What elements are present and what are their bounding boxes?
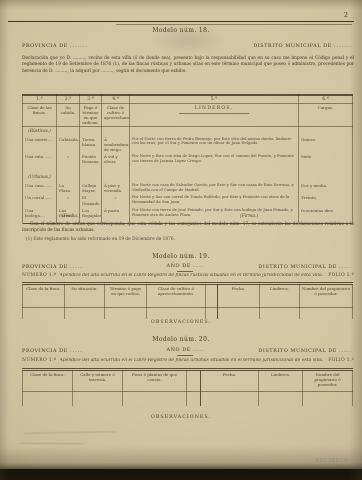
- cell-linderos: Por el Norte con tierra de Pedro Bermejo…: [130, 136, 299, 154]
- m19-provincia: PROVINCIA DE .....: [22, 264, 83, 270]
- col-ordinal: 2.ª: [57, 95, 80, 104]
- col-header-linderos: Linderos.: [259, 370, 303, 392]
- cell-cabida: La Plaza.: [57, 182, 80, 194]
- ano-underdash: [177, 355, 193, 356]
- cell-pago: Los Regajales.: [80, 207, 102, 219]
- cell-clase: Una casa.......: [23, 182, 57, 194]
- m19-distrito-value: .....: [339, 264, 352, 270]
- scan-watermark: B2C36B09: [315, 458, 348, 464]
- m20-numero-prefix: NÚMERO 1.º: [22, 358, 57, 363]
- m19-provincia-value: .....: [70, 264, 83, 270]
- cell-linderos: Por Norte con casa de Salvador García; p…: [130, 182, 299, 194]
- col-header-calle: Calle y número ó travesía.: [73, 370, 123, 392]
- cell-cabida: »: [57, 153, 80, 168]
- col-header-clase: Clase de las fincas.: [23, 104, 57, 127]
- cell-cultivo: Á vid y olivar.: [102, 153, 130, 168]
- m18-distrito-label: DISTRITO MUNICIPAL DE: [253, 43, 332, 49]
- col-header-fecha: Fecha.: [201, 370, 259, 392]
- m19-provincia-label: PROVINCIA DE: [22, 264, 68, 270]
- cell-clase: Una suerte.....: [23, 136, 57, 154]
- cell-cargas: Siete.: [299, 153, 353, 168]
- m19-distrito: DISTRITO MUNICIPAL DE .....: [258, 264, 352, 270]
- cell-clase: Un corral......: [23, 194, 57, 206]
- empty-row: [23, 392, 353, 406]
- cell-linderos: Por Norte y Este con viña de Diego Lopez…: [130, 153, 299, 168]
- pencil-smudge: [20, 443, 84, 445]
- col-ordinal: 4.ª: [102, 95, 130, 104]
- m20-provincia-value: .....: [70, 348, 83, 354]
- cell-cabida: Cahizada.: [57, 136, 80, 154]
- col-header-pisos: Pisos ó plantas de que consta.: [123, 370, 187, 392]
- scanned-document-page: 2 Modelo núm. 18. PROVINCIA DE ....... D…: [0, 0, 362, 480]
- col-header-fecha: Fecha.: [218, 284, 260, 308]
- table-row: Una viña....... » Fuente Romana. Á vid y…: [23, 153, 353, 168]
- m20-distrito-label: DISTRITO MUNICIPAL DE: [258, 348, 337, 354]
- ano-underdash: [177, 271, 193, 272]
- m19-distrito-label: DISTRITO MUNICIPAL DE: [258, 264, 337, 270]
- m19-numero-prefix: NÚMERO 1.º: [22, 273, 57, 278]
- m19-numero-text: Apéndice del alta ocurrida en el Libro-R…: [60, 273, 325, 278]
- m20-numero-text: Apéndice del alta ocurrida en el Libro-R…: [60, 358, 325, 363]
- m19-numero-line: NÚMERO 1.º Apéndice del alta ocurrida en…: [22, 273, 354, 278]
- cell-pago: Calleja Mayor.: [80, 182, 102, 194]
- m19-ano: AÑO DE .....: [150, 263, 220, 272]
- col-header-cultivo: Clase de cultivo ó aprovechamiento.: [102, 104, 130, 127]
- m18-distrito: DISTRITO MUNICIPAL DE .......: [253, 43, 352, 49]
- cell-cultivo: »: [102, 194, 130, 206]
- top-rule: [8, 21, 354, 22]
- m19-registro-table: Clase de la finca. Su situación. Término…: [22, 282, 353, 319]
- col-header-cultivo: Clase de cultivo ó aprovechamiento.: [147, 284, 206, 308]
- cell-cultivo: Á pasto.: [102, 207, 130, 219]
- section-label-urbanas: (Urbanas.): [23, 173, 57, 182]
- m20-registro-table: Clase de la finca. Calle y número ó trav…: [22, 368, 353, 406]
- m18-footnote: (1) Este reglamento ha sido reformado en…: [26, 237, 175, 242]
- cell-linderos: Por Norte con tierra de José Peinado; po…: [130, 207, 299, 219]
- cell-pago: Tierra blanca.: [80, 136, 102, 154]
- col-ordinal: 3.ª: [80, 95, 102, 104]
- table-row: Una suerte..... Cahizada. Tierra blanca.…: [23, 136, 353, 154]
- col-header-nombre: Nombre del propietario ó poseedor.: [303, 370, 353, 392]
- col-ordinal: 6.ª: [299, 95, 353, 104]
- cell-cabida: »: [57, 194, 80, 206]
- model20-title: Modelo núm. 20.: [0, 336, 362, 343]
- page-number: 2: [344, 11, 348, 19]
- m20-distrito: DISTRITO MUNICIPAL DE .....: [258, 348, 352, 354]
- col-header-linderos: LINDEROS.: [130, 104, 299, 127]
- section-label-rusticas: (Rústicas.): [23, 127, 57, 136]
- m20-folio: FOLIO 1.º: [328, 358, 354, 363]
- col-header-clase: Clase de la finca.: [23, 284, 65, 308]
- col-header-cargas: Cargas.: [299, 104, 353, 127]
- cell-linderos: Por Norte y Sur con corral de Tomás Robl…: [130, 194, 299, 206]
- empty-row: [23, 308, 353, 319]
- m20-numero-line: NÚMERO 1.º Apéndice del alta ocurrida en…: [22, 358, 354, 363]
- cell-cultivo: Á sembradura de riego.: [102, 136, 130, 154]
- col-header-clase: Clase de la finca.: [23, 370, 73, 392]
- m18-declaration-paragraph: Declaración que yo D. ........., vecino …: [22, 56, 354, 75]
- col-header-nombre: Nombre del propietario ó poseedor.: [300, 284, 353, 308]
- m20-provincia: PROVINCIA DE .....: [22, 348, 83, 354]
- col-header-cabida: Su cabida.: [57, 104, 80, 127]
- m20-ano: AÑO DE .....: [150, 347, 220, 356]
- m18-distrito-value: .......: [334, 43, 352, 49]
- fecha-label: (Fecha.): [62, 214, 80, 219]
- top-rule-thin: [116, 24, 352, 25]
- table-row: Un corral...... » El Granado. » Por Nort…: [23, 194, 353, 206]
- m19-observaciones: OBSERVACIONES.: [0, 320, 362, 325]
- m19-folio: FOLIO 1.º: [328, 273, 354, 278]
- col-ordinal: 5.ª: [130, 95, 299, 104]
- m18-declaration-table: 1.ª 2.ª 3.ª 4.ª 5.ª 6.ª Clase de las fin…: [22, 94, 353, 224]
- m18-provincia: PROVINCIA DE .......: [22, 43, 88, 49]
- model18-title: Modelo núm. 18.: [0, 27, 362, 34]
- bottom-shadow: [0, 463, 362, 470]
- col-header-linderos: Linderos.: [260, 284, 300, 308]
- m20-provincia-label: PROVINCIA DE: [22, 348, 68, 354]
- m18-note-paragraph: Con el número de orden que corresponda, …: [22, 222, 354, 235]
- m18-provincia-label: PROVINCIA DE: [22, 43, 68, 49]
- cell-pago: El Granado.: [80, 194, 102, 206]
- m20-observaciones: OBSERVACIONES.: [0, 415, 362, 420]
- m20-ano-value: .....: [193, 347, 203, 353]
- cell-clase: Una viña.......: [23, 153, 57, 168]
- cell-cargas: Quince.: [299, 136, 353, 154]
- cell-cargas: Dos y media.: [299, 182, 353, 194]
- table-row: Una casa....... La Plaza. Calleja Mayor.…: [23, 182, 353, 194]
- m20-distrito-value: .....: [339, 348, 352, 354]
- col-header-pago: Pago ó término en que radican.: [80, 104, 102, 127]
- col-header-termino: Término ó pago en que radica.: [105, 284, 147, 308]
- cell-cultivo: Á piso y vivienda.: [102, 182, 130, 194]
- scan-bottom-edge: [0, 469, 362, 480]
- pencil-smudge: [24, 431, 116, 434]
- cell-clase: Una bodega....: [23, 207, 57, 219]
- m18-provincia-value: .......: [70, 43, 88, 49]
- cell-pago: Fuente Romana.: [80, 153, 102, 168]
- cell-cargas: Doscientas diez.: [299, 207, 353, 219]
- firma-label: (Firma.): [240, 214, 258, 219]
- m19-ano-label: AÑO DE: [167, 263, 191, 269]
- cell-cargas: Treinta.: [299, 194, 353, 206]
- model19-title: Modelo núm. 19.: [0, 253, 362, 260]
- col-header-blank: [206, 284, 218, 308]
- col-ordinal: 1.ª: [23, 95, 57, 104]
- col-header-situacion: Su situación.: [65, 284, 105, 308]
- m19-ano-value: .....: [193, 263, 203, 269]
- m20-ano-label: AÑO DE: [167, 347, 191, 353]
- col-header-blank: [187, 370, 201, 392]
